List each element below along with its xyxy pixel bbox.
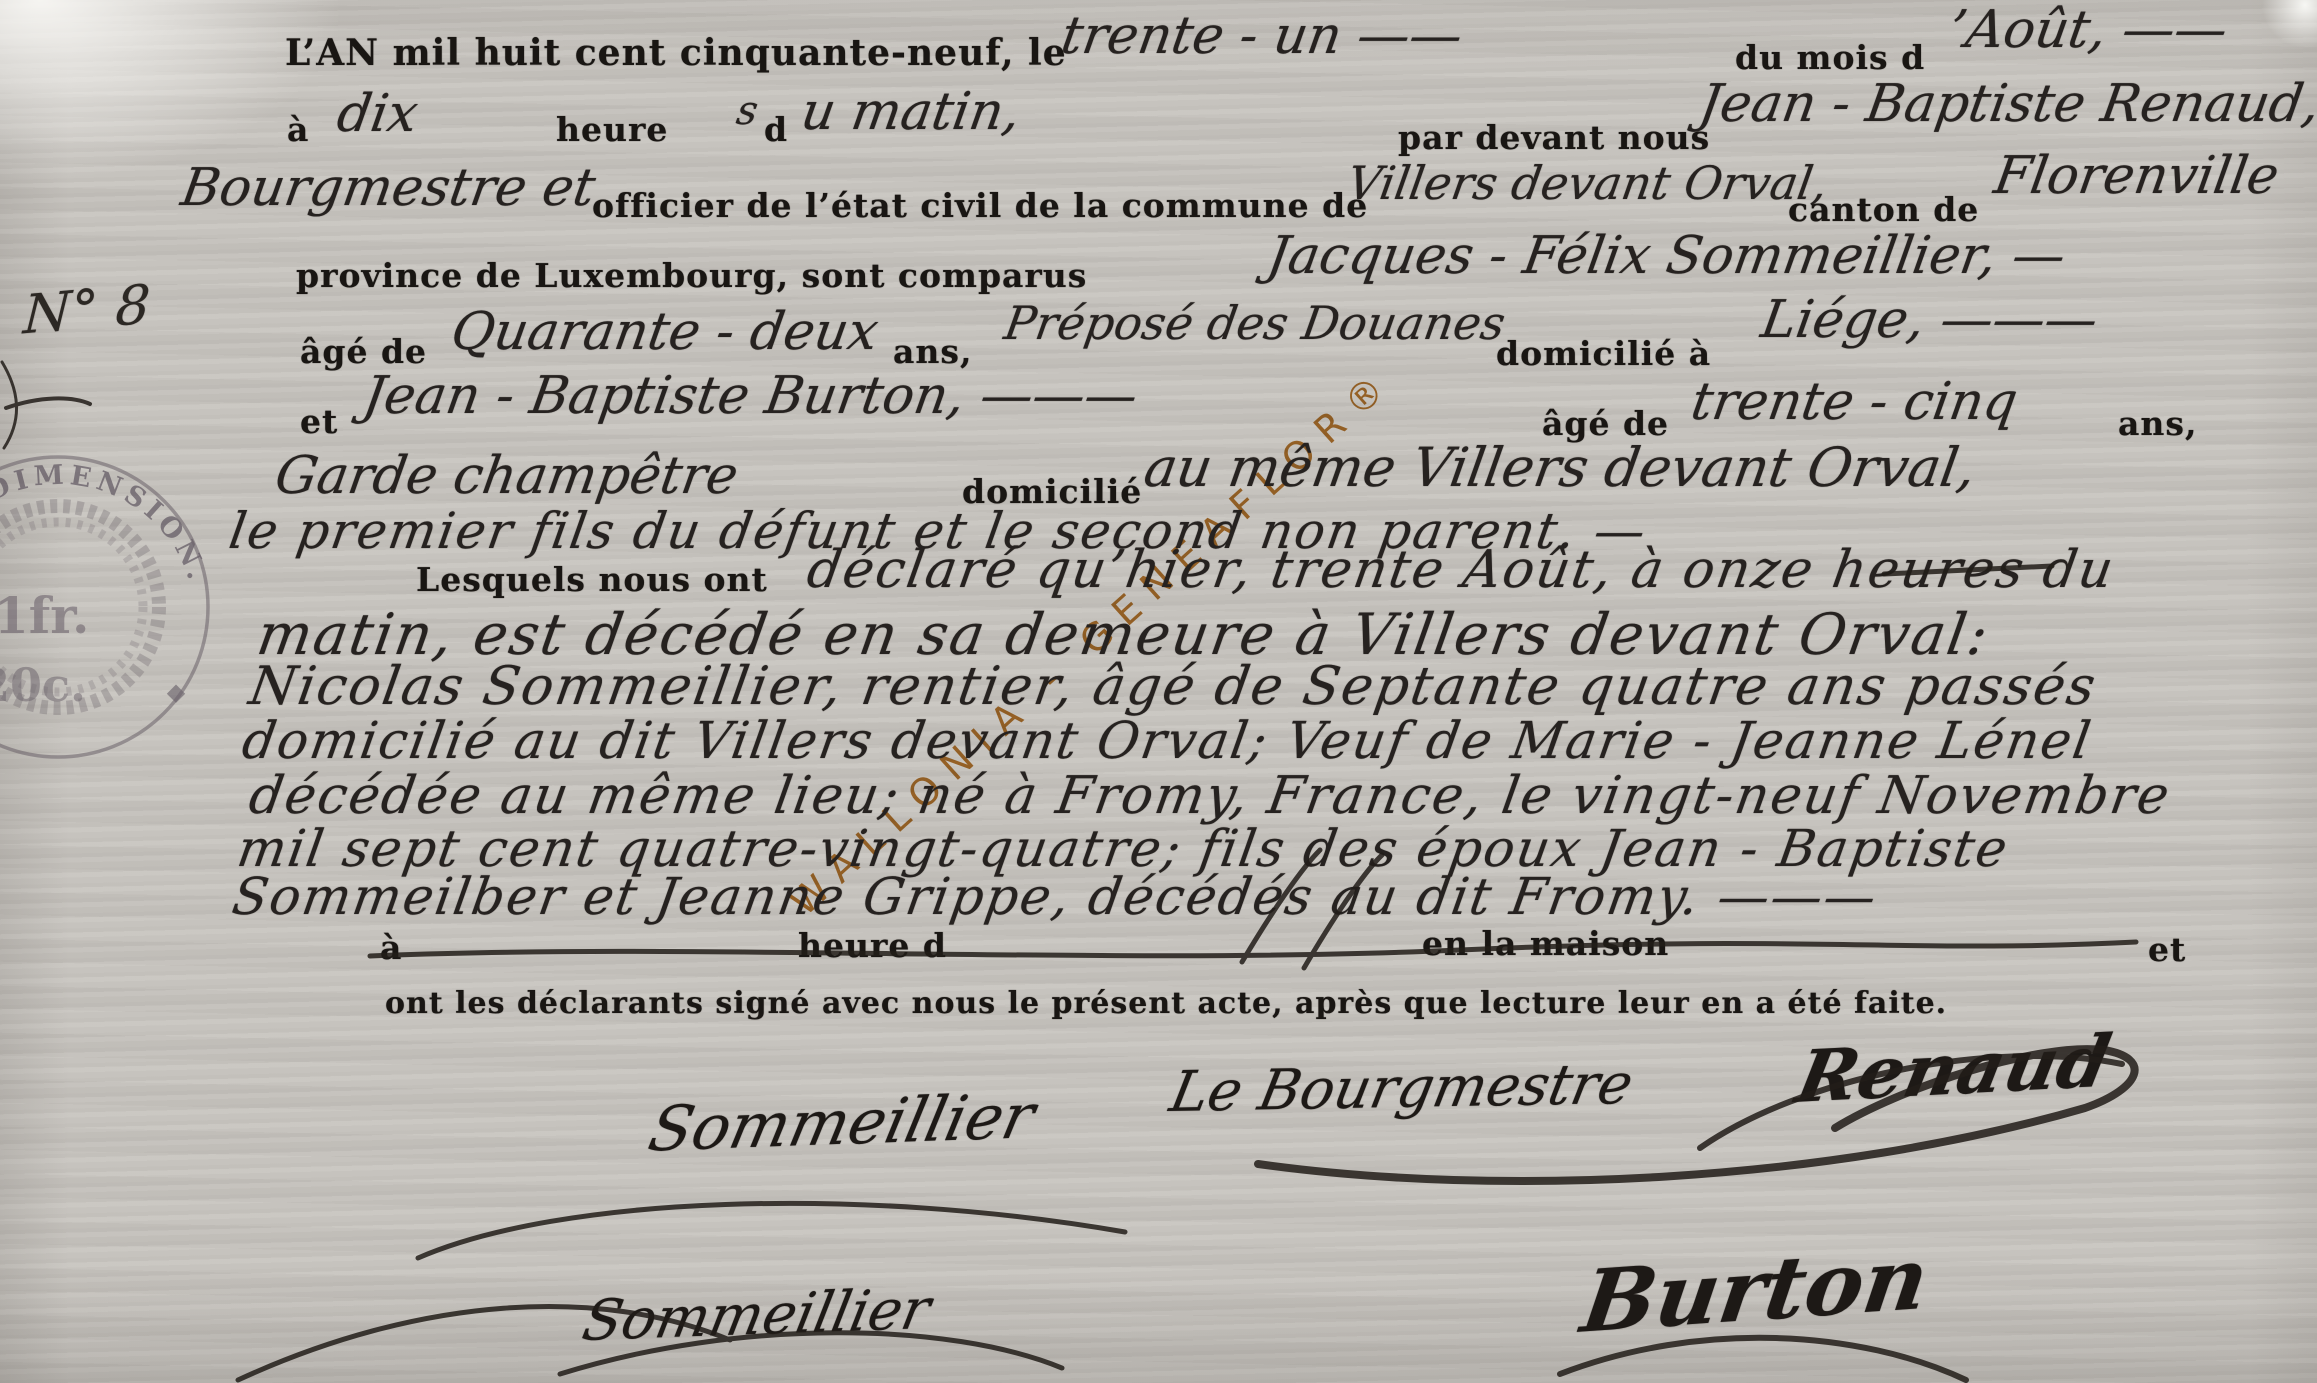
printed-segment: officier de l’état civil de la commune d… [592, 186, 1368, 225]
printed-segment: ont les déclarants signé avec nous le pr… [385, 986, 1947, 1021]
dimension-revenue-stamp: E DIMENSION. 1fr. 20c. [0, 447, 242, 787]
hand-segment: Jean - Baptiste Burton, ——— [359, 366, 1141, 426]
hand-segment: Garde champêtre [271, 446, 742, 506]
printed-segment-struck: à [380, 928, 402, 967]
signature-renaud: Renaud [1790, 1018, 2118, 1119]
death-certificate-scan: E DIMENSION. 1fr. 20c. N° 8 WALLONIA - G… [0, 0, 2317, 1383]
printed-segment-struck: et [2148, 930, 2186, 969]
printed-segment: du mois d [1735, 38, 1925, 77]
stamp-diamond-mark [167, 685, 185, 703]
printed-segment: d [764, 110, 788, 149]
hand-segment: Liége, ——— [1757, 290, 2102, 350]
hand-segment: Quarante - deux [447, 302, 882, 362]
hand-segment: trente - un —— [1057, 6, 1466, 66]
hand-segment: s [733, 88, 761, 134]
hand-segment: Villers devant Orval, [1344, 156, 1832, 210]
strikethrough-line [370, 942, 2136, 956]
printed-segment: ans, [2118, 404, 2197, 443]
margin-curl [2, 362, 17, 448]
act-number-underline [6, 398, 90, 408]
hand-segment: dix [333, 84, 422, 144]
printed-segment: province de Luxembourg, sont comparus [296, 256, 1087, 295]
hand-segment: décédée au même lieu; né à Fromy, France… [245, 766, 2175, 826]
hand-segment: Jacques - Félix Sommeillier, — [1263, 226, 2069, 286]
printed-segment: à [287, 110, 309, 149]
signature-sommeillier: Sommeillier [643, 1079, 1041, 1165]
hand-segment: ’Août, —— [1945, 0, 2231, 60]
printed-segment: par devant nous [1398, 118, 1710, 157]
hand-segment: Florenville [1990, 146, 2283, 206]
bourgmestre-label: Le Bourgmestre [1165, 1052, 1638, 1125]
printed-segment: heure [556, 110, 668, 149]
stamp-value-centimes: 20c. [0, 658, 86, 712]
printed-segment: domicilié à [1496, 334, 1711, 373]
hand-segment: Sommeilber et Jeanne Grippe, décédés au … [228, 868, 1881, 927]
hand-segment: Bourgmestre et [177, 158, 599, 218]
printed-segment-struck: en la maison [1422, 924, 1669, 963]
printed-segment: et [300, 402, 338, 441]
signature-flourish [418, 1203, 1125, 1258]
signature-sommeillier-2: Sommeillier [577, 1277, 935, 1354]
hand-segment: trente - cinq [1687, 372, 2021, 432]
hand-segment: Jean - Baptiste Renaud, [1695, 74, 2317, 134]
printed-segment: canton de [1788, 190, 1979, 229]
hand-segment: déclaré qu’hier, trente Août, à onze heu… [803, 540, 2119, 600]
hand-segment: Préposé des Douanes [1001, 296, 1509, 350]
printed-segment: Lesquels nous ont [416, 560, 768, 599]
hand-segment: domicilié au dit Villers devant Orval; V… [238, 712, 2096, 771]
hand-segment: Nicolas Sommeillier, rentier, âgé de Sep… [245, 656, 2101, 717]
printed-segment: L’AN mil huit cent cinquante-neuf, le [285, 32, 1067, 74]
printed-segment-struck: heure d [798, 926, 947, 965]
act-number: N° 8 [22, 273, 152, 347]
signature-burton: Burton [1576, 1228, 1935, 1352]
hand-segment: au même Villers devant Orval, [1140, 436, 1980, 499]
hand-segment: u matin, [797, 82, 1024, 142]
stamp-value-francs: 1fr. [0, 586, 89, 645]
